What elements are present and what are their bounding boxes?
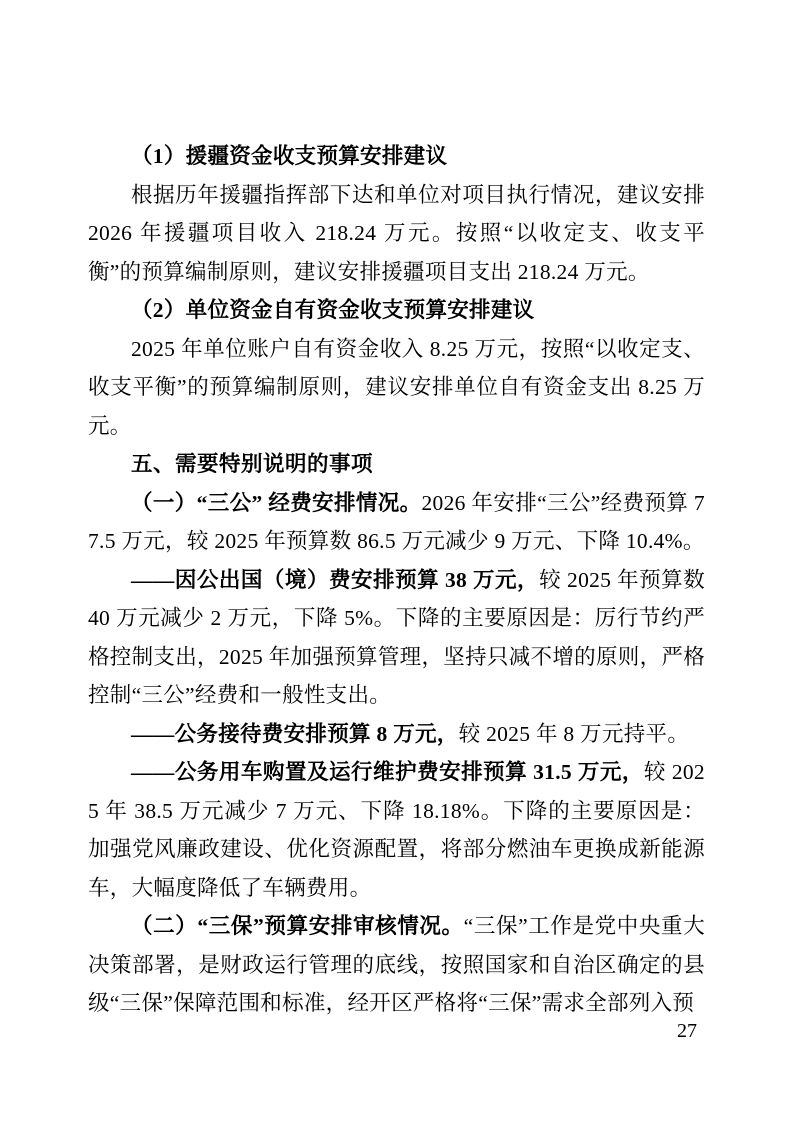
paragraph-text: 根据历年援疆指挥部下达和单位对项目执行情况，建议安排 2026 年援疆项目收入 …: [88, 183, 705, 284]
heading-aid-funds-budget: （1）援疆资金收支预算安排建议: [88, 137, 705, 176]
paragraph-lead: ——公务用车购置及运行维护费安排预算 31.5 万元，: [131, 760, 644, 784]
para-aid-funds-detail: 根据历年援疆指挥部下达和单位对项目执行情况，建议安排 2026 年援疆项目收入 …: [88, 176, 705, 292]
heading-text: （2）单位资金自有资金收支预算安排建议: [131, 298, 534, 322]
page-number: 27: [0, 1017, 697, 1045]
paragraph-text: 较 2025 年 8 万元持平。: [459, 722, 690, 746]
document-page: （1）援疆资金收支预算安排建议 根据历年援疆指挥部下达和单位对项目执行情况，建议…: [0, 0, 793, 1122]
paragraph-lead: ——因公出国（境）费安排预算 38 万元，: [131, 568, 539, 592]
para-own-funds-detail: 2025 年单位账户自有资金收入 8.25 万元，按照“以收定支、收支平衡”的预…: [88, 330, 705, 446]
para-official-vehicles: ——公务用车购置及运行维护费安排预算 31.5 万元，较 2025 年 38.5…: [88, 753, 705, 907]
para-official-reception: ——公务接待费安排预算 8 万元，较 2025 年 8 万元持平。: [88, 715, 705, 754]
heading-text: 五、需要特别说明的事项: [131, 452, 373, 476]
heading-special-notes: 五、需要特别说明的事项: [88, 445, 705, 484]
paragraph-lead: （一）“三公” 经费安排情况。: [131, 491, 421, 515]
page-content: （1）援疆资金收支预算安排建议 根据历年援疆指挥部下达和单位对项目执行情况，建议…: [88, 137, 705, 1023]
paragraph-text: 2025 年单位账户自有资金收入 8.25 万元，按照“以收定支、收支平衡”的预…: [88, 337, 705, 438]
para-three-guarantees: （二）“三保”预算安排审核情况。“三保”工作是党中央重大决策部署，是财政运行管理…: [88, 907, 705, 1023]
heading-text: （1）援疆资金收支预算安排建议: [131, 144, 447, 168]
paragraph-lead: （二）“三保”预算安排审核情况。: [131, 914, 464, 938]
para-three-public-expenses: （一）“三公” 经费安排情况。2026 年安排“三公”经费预算 77.5 万元，…: [88, 484, 705, 561]
para-overseas-travel: ——因公出国（境）费安排预算 38 万元，较 2025 年预算数 40 万元减少…: [88, 561, 705, 715]
heading-own-funds-budget: （2）单位资金自有资金收支预算安排建议: [88, 291, 705, 330]
paragraph-lead: ——公务接待费安排预算 8 万元，: [131, 722, 459, 746]
